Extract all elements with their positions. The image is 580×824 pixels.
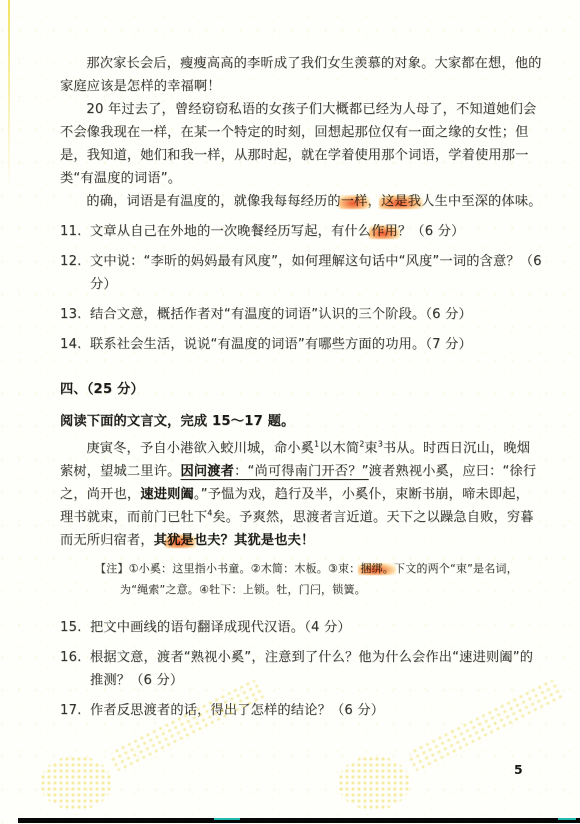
reading-paragraph-3: 的确，词语是有温度的，就像我每每经历的一样，这是我人生中至深的体味。 — [60, 190, 542, 213]
question-14: 14. 联系社会生活，说说“有温度的词语”有哪些方面的功用。（7 分） — [60, 333, 542, 356]
marked-text-segment: ：“尚可得南门开否？” — [234, 464, 369, 479]
reading-paragraph-2: 20 年过去了，曾经窃窃私语的女孩子们大概都已经为人母了，不知道她们会不会像我现… — [60, 98, 542, 190]
scan-artifact — [558, 818, 576, 820]
marked-text-segment: 一样 — [341, 194, 368, 209]
marked-text-segment: 其 — [154, 533, 167, 548]
section-instruction: 阅读下面的文言文，完成 15～17 题。 — [60, 410, 542, 433]
text-segment: 的确，词语是有温度的，就像我每每经历的 — [86, 194, 340, 209]
scan-edge-bar — [18, 818, 580, 823]
marked-text-segment: 速进则阖 — [140, 487, 194, 502]
question-12: 12. 文中说：“李昕的妈妈最有风度”，如何理解这句话中“风度”一词的含意？（6… — [60, 250, 542, 296]
question-text: 文中说：“李昕的妈妈最有风度”，如何理解这句话中“风度”一词的含意？（6 分） — [90, 250, 542, 296]
text-segment: ， — [368, 194, 381, 209]
text-segment: 作者反思渡者的话，得出了怎样的结论？（6 分） — [90, 703, 384, 718]
passage-footnote: 【注】①小奚：这里指小书童。②木简：木板。③束：捆绑。下文的两个“束”是名词，为… — [60, 558, 542, 600]
page-number: 5 — [514, 762, 523, 777]
watermark-blob — [338, 756, 410, 810]
question-text: 联系社会生活，说说“有温度的词语”有哪些方面的功用。（7 分） — [90, 333, 542, 356]
text-segment: ？（6 分） — [398, 224, 465, 239]
scan-artifact — [214, 818, 240, 820]
section-heading-part4: 四、（25 分） — [60, 378, 542, 401]
question-11: 11. 文章从自己在外地的一次晚餐经历写起，有什么作用？（6 分） — [60, 220, 542, 243]
question-15: 15. 把文中画线的语句翻译成现代汉语。（4 分） — [60, 616, 542, 639]
question-13: 13. 结合文意，概括作者对“有温度的词语”认识的三个阶段。（6 分） — [60, 303, 542, 326]
text-segment: 把文中画线的语句翻译成现代汉语。（4 分） — [90, 620, 351, 635]
question-17: 17. 作者反思渡者的话，得出了怎样的结论？（6 分） — [60, 699, 542, 722]
marked-text-segment: 也夫？其犹是也夫！ — [194, 533, 315, 548]
question-number: 13. — [60, 303, 90, 326]
text-segment: 那次家长会后，瘦瘦高高的李昕成了我们女生羡慕的对象。大家都在想，他的家庭应该是怎… — [60, 56, 542, 94]
question-number: 16. — [60, 646, 90, 692]
text-segment: 人生中至深的体味。 — [421, 194, 542, 209]
text-segment: 结合文意，概括作者对“有温度的词语”认识的三个阶段。（6 分） — [90, 307, 472, 322]
marked-text-segment: 捆绑。 — [360, 562, 394, 575]
question-text: 作者反思渡者的话，得出了怎样的结论？（6 分） — [90, 699, 542, 722]
text-segment: 20 年过去了，曾经窃窃私语的女孩子们大概都已经为人母了，不知道她们会不会像我现… — [60, 102, 536, 186]
scan-edge-artifact — [8, 0, 10, 190]
question-text: 文章从自己在外地的一次晚餐经历写起，有什么作用？（6 分） — [90, 220, 542, 243]
marked-text-segment: 因问渡者 — [181, 464, 235, 479]
question-text: 把文中画线的语句翻译成现代汉语。（4 分） — [90, 616, 542, 639]
text-segment: 根据文意，渡者“熟视小奚”，注意到了什么？他为什么会作出“速进则阖”的推测？（6… — [90, 650, 533, 688]
text-segment: 以木简 — [319, 441, 359, 456]
question-number: 12. — [60, 250, 90, 296]
marked-text-segment: 作用 — [371, 224, 398, 239]
question-16: 16. 根据文意，渡者“熟视小奚”，注意到了什么？他为什么会作出“速进则阖”的推… — [60, 646, 542, 692]
question-number: 15. — [60, 616, 90, 639]
text-segment: 【注】①小奚：这里指小书童。②木简：木板。③束： — [95, 562, 360, 575]
watermark-blob — [40, 756, 112, 810]
classical-passage: 庚寅冬，予自小港欲入蛟川城，命小奚1以木简2束3书从。时西日沉山，晚烟萦树，望城… — [60, 437, 542, 552]
question-text: 根据文意，渡者“熟视小奚”，注意到了什么？他为什么会作出“速进则阖”的推测？（6… — [90, 646, 542, 692]
document-body: 那次家长会后，瘦瘦高高的李昕成了我们女生羡慕的对象。大家都在想，他的家庭应该是怎… — [60, 52, 542, 729]
scanned-exam-page: 那次家长会后，瘦瘦高高的李昕成了我们女生羡慕的对象。大家都在想，他的家庭应该是怎… — [0, 0, 580, 824]
text-segment: 文章从自己在外地的一次晚餐经历写起，有什么 — [90, 224, 371, 239]
question-number: 14. — [60, 333, 90, 356]
marked-text-segment: 犹是 — [167, 533, 194, 548]
text-segment: 文中说：“李昕的妈妈最有风度”，如何理解这句话中“风度”一词的含意？（6 分） — [90, 254, 542, 292]
text-segment: 庚寅冬，予自小港欲入蛟川城，命小奚 — [86, 441, 314, 456]
text-segment: 束 — [364, 441, 377, 456]
question-number: 11. — [60, 220, 90, 243]
reading-paragraph-1: 那次家长会后，瘦瘦高高的李昕成了我们女生羡慕的对象。大家都在想，他的家庭应该是怎… — [60, 52, 542, 98]
text-segment: 联系社会生活，说说“有温度的词语”有哪些方面的功用。（7 分） — [90, 337, 472, 352]
marked-text-segment: 这是我 — [381, 194, 421, 209]
question-number: 17. — [60, 699, 90, 722]
question-text: 结合文意，概括作者对“有温度的词语”认识的三个阶段。（6 分） — [90, 303, 542, 326]
